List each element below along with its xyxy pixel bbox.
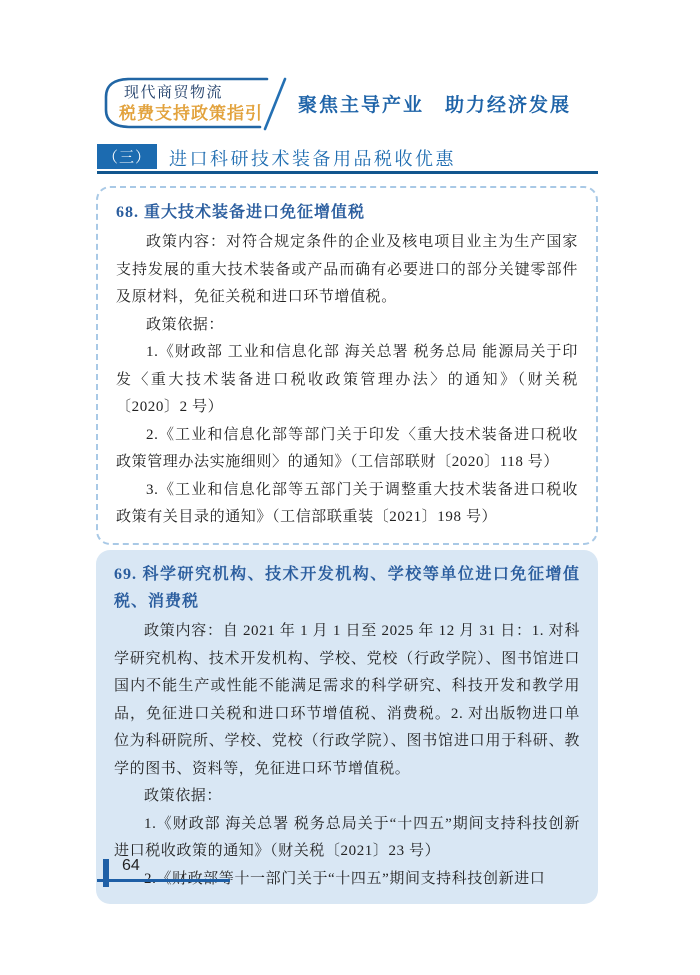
slash-icon — [258, 76, 290, 132]
policy-paragraph: 3.《工业和信息化部等五部门关于调整重大技术装备进口税收政策有关目录的通知》（工… — [116, 477, 578, 532]
section-number-badge: （三） — [97, 144, 157, 169]
footer-rule — [97, 879, 230, 882]
section-title: 进口科研技术装备用品税收优惠 — [169, 145, 456, 171]
policy-paragraph: 1.《财政部 海关总署 税务总局关于“十四五”期间支持科技创新进口税收政策的通知… — [114, 811, 580, 866]
document-page: 现代商贸物流 税费支持政策指引 聚焦主导产业 助力经济发展 （三） 进口科研技术… — [0, 0, 700, 975]
policy-box-69: 69. 科学研究机构、技术开发机构、学校等单位进口免征增值税、消费税 政策内容：… — [96, 550, 598, 904]
policy-box-68: 68. 重大技术装备进口免征增值税 政策内容：对符合规定条件的企业及核电项目业主… — [96, 186, 598, 545]
policy-paragraph: 2.《工业和信息化部等部门关于印发〈重大技术装备进口税收政策管理办法实施细则〉的… — [116, 422, 578, 477]
page-number: 64 — [122, 857, 140, 875]
policy-paragraph: 政策依据： — [114, 783, 580, 811]
policy-body-69: 政策内容：自 2021 年 1 月 1 日至 2025 年 12 月 31 日：… — [114, 618, 580, 893]
policy-paragraph: 政策内容：对符合规定条件的企业及核电项目业主为生产国家支持发展的重大技术装备或产… — [116, 229, 578, 312]
section-header: （三） 进口科研技术装备用品税收优惠 — [97, 144, 598, 174]
policy-body-68: 政策内容：对符合规定条件的企业及核电项目业主为生产国家支持发展的重大技术装备或产… — [116, 229, 578, 532]
policy-paragraph: 1.《财政部 工业和信息化部 海关总署 税务总局 能源局关于印发〈重大技术装备进… — [116, 339, 578, 422]
policy-paragraph: 政策依据： — [116, 312, 578, 340]
footer-tick-mark — [103, 859, 109, 887]
policy-title-69: 69. 科学研究机构、技术开发机构、学校等单位进口免征增值税、消费税 — [114, 561, 580, 615]
header-slogan: 聚焦主导产业 助力经济发展 — [298, 90, 571, 117]
header-slash-divider — [258, 76, 290, 132]
policy-title-68: 68. 重大技术装备进口免征增值税 — [116, 199, 578, 226]
brand-logo: 现代商贸物流 税费支持政策指引 — [100, 74, 272, 132]
policy-paragraph: 政策内容：自 2021 年 1 月 1 日至 2025 年 12 月 31 日：… — [114, 618, 580, 783]
logo-main-title: 税费支持政策指引 — [119, 99, 263, 124]
